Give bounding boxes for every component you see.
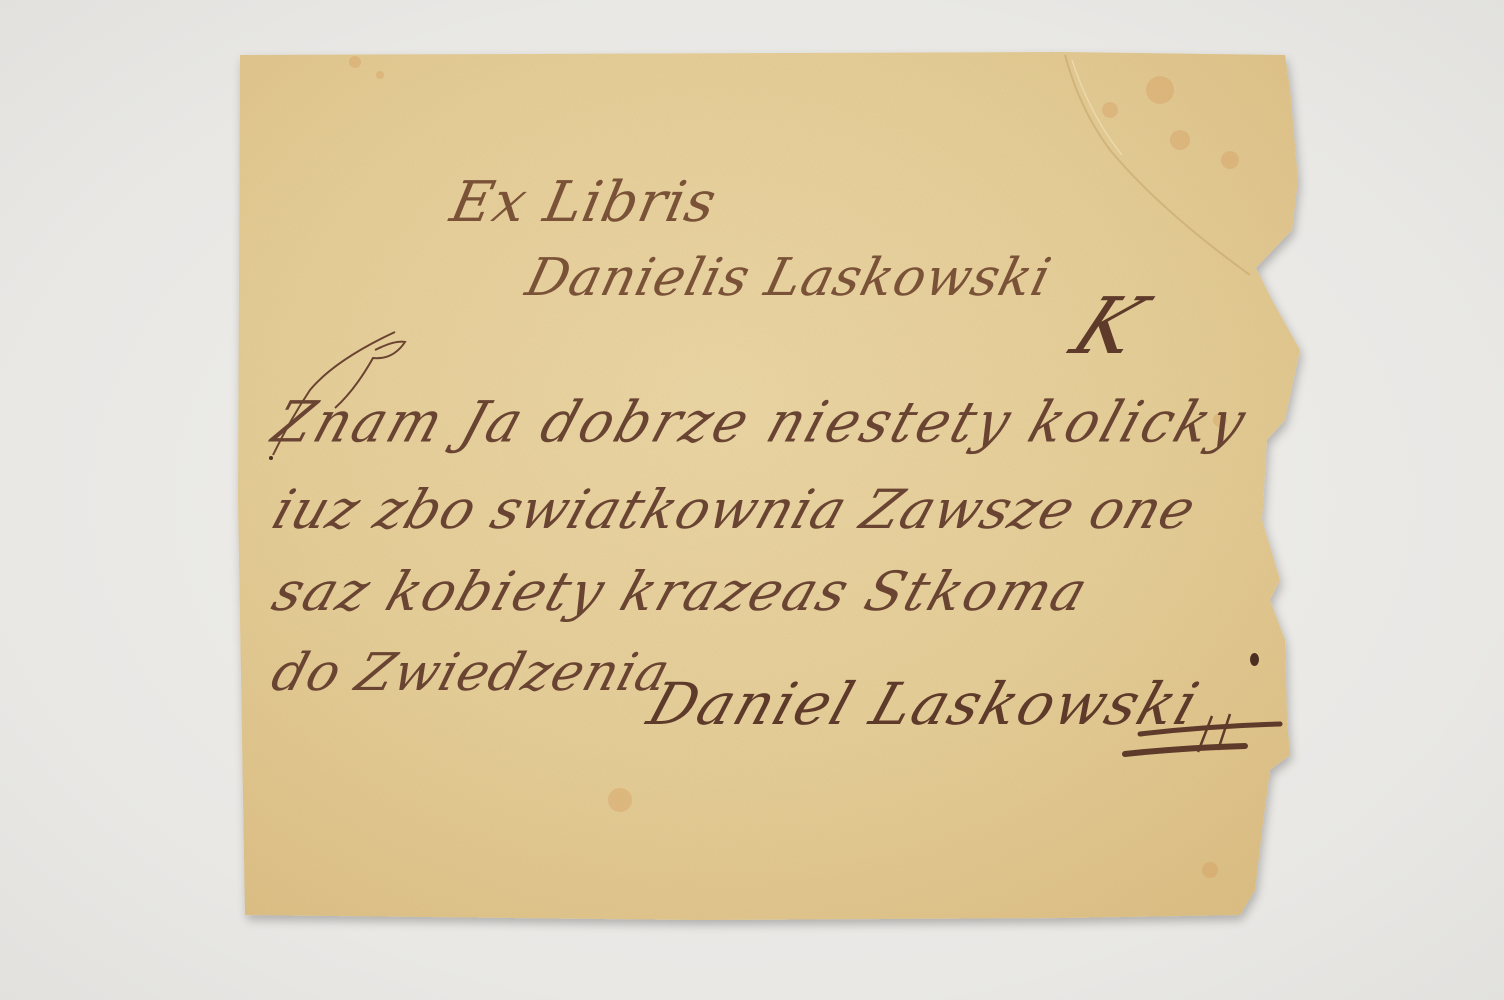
owner-name: Danielis Laskowski — [520, 248, 1057, 308]
photo-stage: Ex Libris Danielis Laskowski K Znam Ja d… — [0, 0, 1504, 1000]
closing-mark-icon — [1120, 712, 1290, 772]
body-line-4: do Zwiedzenia — [265, 643, 677, 703]
ink-dot — [1250, 653, 1259, 666]
body-line-1: Znam Ja dobrze niestety kolicky — [265, 389, 1256, 455]
body-line-2: iuz zbo swiatkownia Zawsze one — [265, 478, 1204, 541]
body-line-3: saz kobiety krazeas Stkoma — [265, 560, 1097, 623]
heading-ex-libris: Ex Libris — [445, 170, 722, 235]
